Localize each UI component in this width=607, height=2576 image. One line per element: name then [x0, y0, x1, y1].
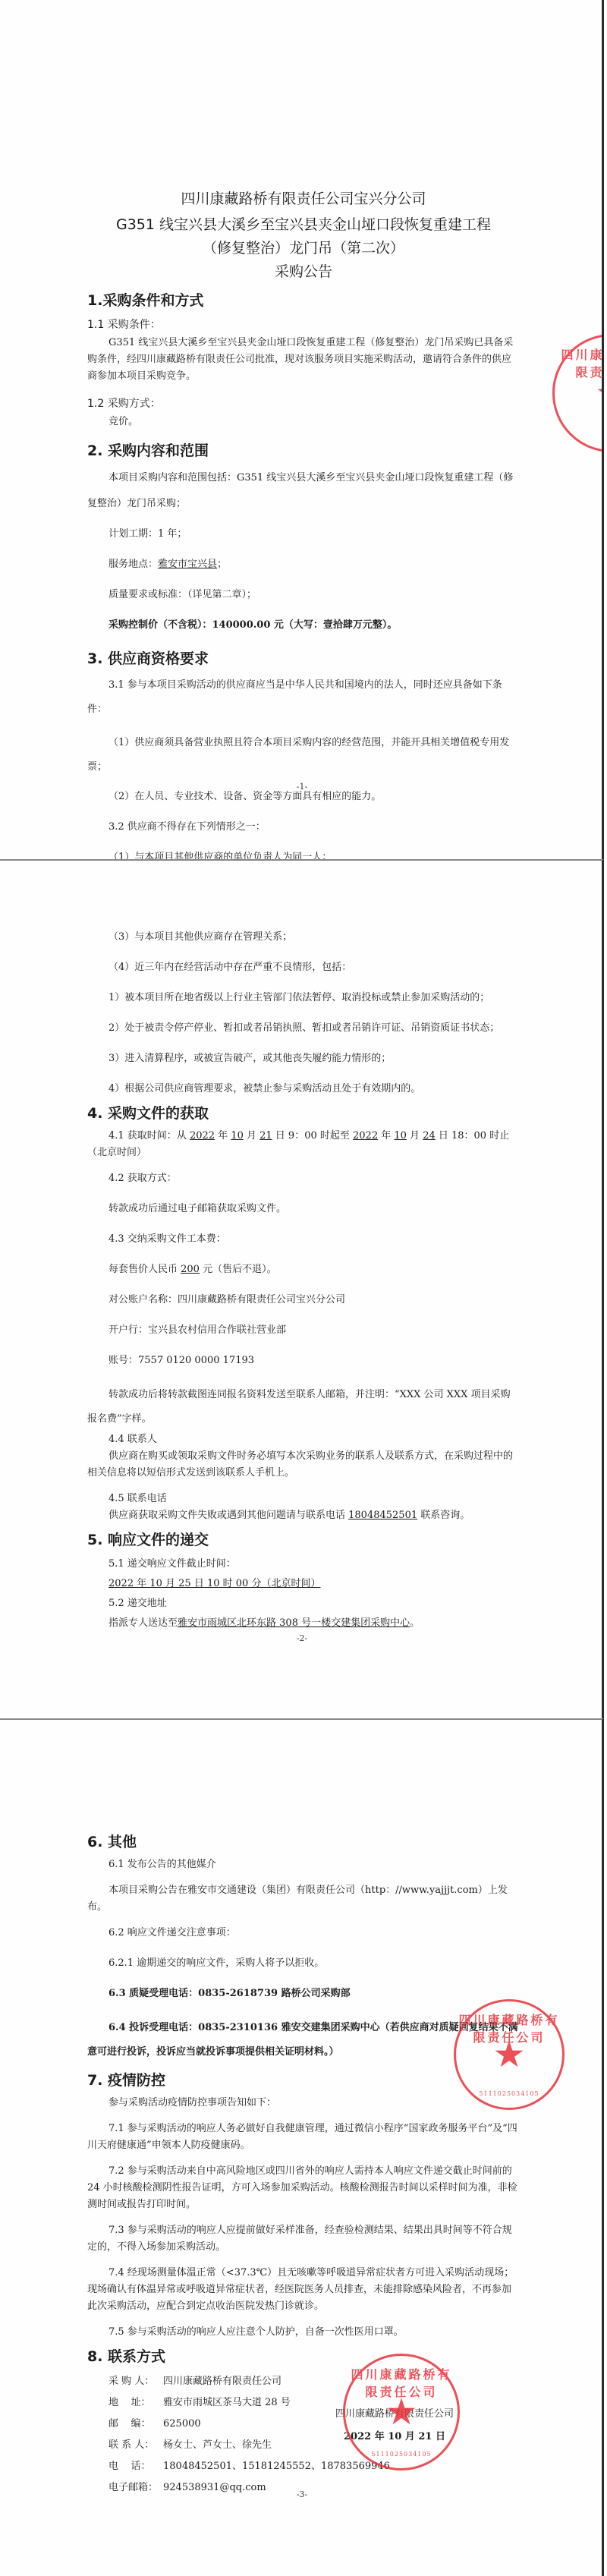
section-2-scope: 本项目采购内容和范围包括：G351 线宝兴县大溪乡至宝兴县夹金山垭口段恢复重建工…	[87, 465, 520, 517]
page-1-content: 四川康藏路桥有限责任公司宝兴分公司 G351 线宝兴县大溪乡至宝兴县夹金山垭口段…	[87, 186, 520, 859]
section-4-2-heading: 4.2 获取方式：	[87, 1170, 520, 1187]
seal-ring-text: 四川康藏路桥有限责任公司	[555, 345, 604, 380]
section-6-1-heading: 6.1 发布公告的其他媒介	[87, 1856, 520, 1873]
address-suffix: 。	[410, 1617, 420, 1629]
transfer-note: 转款成功后将转款截图连同报名资料发送至联系人邮箱，并注明：“XXX 公司 XXX…	[87, 1383, 520, 1431]
t41-e: 年	[378, 1130, 394, 1142]
section-2-quality: 质量要求或标准：（详见第二章）；	[87, 587, 520, 603]
end-year: 2022	[353, 1130, 378, 1142]
req-3-2-4: （4）近三年内在经营活动中存在严重不良情形，包括：	[87, 959, 520, 976]
contact-value: 四川康藏路桥有限责任公司	[163, 2371, 281, 2392]
section-6-2-1: 6.2.1 逾期递交的响应文件，采购人将予以拒收。	[87, 1955, 520, 1972]
req-3-2-3: （3）与本项目其他供应商存在管理关系；	[87, 929, 520, 946]
section-4-5-heading: 4.5 联系电话	[87, 1491, 520, 1507]
start-day: 21	[259, 1130, 272, 1142]
start-year: 2022	[190, 1130, 215, 1142]
section-5-1-heading: 5.1 递交响应文件截止时间：	[87, 1554, 520, 1574]
contact-phone: 18048452501	[348, 1510, 417, 1521]
contact-value: 625000	[163, 2414, 201, 2435]
account-number: 账号：7557 0120 0000 17193	[87, 1353, 520, 1369]
document-title: 四川康藏路桥有限责任公司宝兴分公司 G351 线宝兴县大溪乡至宝兴县夹金山垭口段…	[87, 186, 520, 285]
title-company: 四川康藏路桥有限责任公司宝兴分公司	[87, 186, 520, 212]
seal-star-icon: ★	[595, 375, 604, 411]
address-value: 雅安市雨城区北环东路 308 号一楼交建集团采购中心	[178, 1617, 410, 1629]
section-5-heading: 5. 响应文件的递交	[87, 1529, 520, 1551]
section-7-intro: 参与采购活动疫情防控事项告知如下：	[87, 2095, 520, 2112]
req-3-2-4-3: 3）进入清算程序，或被宣告破产，或其他丧失履约能力情形的；	[87, 1050, 520, 1067]
section-1-heading: 1.采购条件和方式	[87, 289, 520, 312]
contact-value: 杨女士、芦女士、徐先生	[163, 2435, 272, 2456]
page-number-1: -1-	[0, 782, 604, 792]
page-2-content: （3）与本项目其他供应商存在管理关系； （4）近三年内在经营活动中存在严重不良情…	[87, 929, 520, 1633]
bank-name: 开户行：宝兴县农村信用合作联社营业部	[87, 1322, 520, 1339]
contact-value: 雅安市雨城区茶马大道 28 号	[163, 2392, 291, 2414]
signature-block: 四川康藏路桥有限责任公司 2022 年 10 月 21 日	[319, 2403, 470, 2448]
section-6-heading: 6. 其他	[87, 1831, 520, 1853]
section-4-4-heading: 4.4 联系人	[87, 1431, 520, 1448]
contact-label: 地 址：	[109, 2392, 163, 2414]
contact-label: 邮 编：	[109, 2414, 163, 2435]
signature-date: 2022 年 10 月 21 日	[319, 2426, 470, 2448]
submission-deadline: 2022 年 10 月 25 日 10 时 00 分（北京时间）	[87, 1574, 520, 1594]
section-7-3: 7.3 参与采购活动的响应人应提前做好采样准备，经查验检测结果、结果出具时间等不…	[87, 2222, 520, 2256]
req-3-2-1: （1）与本项目其他供应商的单位负责人为同一人；	[87, 849, 520, 859]
section-4-heading: 4. 采购文件的获取	[87, 1102, 520, 1125]
section-6-3: 6.3 质疑受理电话：0835-2618739 路桥公司采购部	[87, 1986, 520, 2002]
req-3-2-4-1: 1）被本项目所在地省级以上行业主管部门依法暂停、取消投标或禁止参加采购活动的；	[87, 990, 520, 1006]
account-name: 对公账户名称：四川康藏路桥有限责任公司宝兴分公司	[87, 1292, 520, 1308]
section-2-period: 计划工期：1 年；	[87, 526, 520, 543]
section-6-4: 6.4 投诉受理电话：0835-2310136 雅安交建集团采购中心（若供应商对…	[87, 2016, 520, 2064]
section-8-heading: 8. 联系方式	[87, 2345, 520, 2368]
req-3-1-1: （1）供应商须具备营业执照且符合本项目采购内容的经营范围，并能开具相关增值税专用…	[87, 731, 520, 779]
address-prefix: 指派专人送达至	[109, 1617, 178, 1629]
title-project-line2: （修复整治）龙门吊（第二次）	[87, 238, 520, 259]
contact-value: 18048452501、15181245552、18783569946	[163, 2456, 390, 2477]
title-project-line1: G351 线宝兴县大溪乡至宝兴县夹金山垭口段恢复重建工程	[87, 212, 520, 238]
phone-suffix: 联系咨询。	[417, 1510, 470, 1521]
req-3-1: 3.1 参与本项目采购活动的供应商应当是中华人民共和国境内的法人，同时还应具备如…	[87, 673, 520, 722]
location-label: 服务地点：	[109, 559, 158, 570]
section-2-location: 服务地点：雅安市宝兴县；	[87, 556, 520, 573]
deadline-value: 2022 年 10 月 25 日 10 时 00 分（北京时间）	[109, 1578, 320, 1589]
section-2-heading: 2. 采购内容和范围	[87, 439, 520, 462]
t41-d: 日 9：00 时起至	[272, 1130, 353, 1142]
page-3-content: 6. 其他 6.1 发布公告的其他媒介 本项目采购公告在雅安市交通建设（集团）有…	[87, 1826, 520, 2499]
section-1-2-heading: 1.2 采购方式：	[87, 394, 520, 414]
contact-row-phone: 电 话：18048452501、15181245552、18783569946	[87, 2456, 520, 2477]
section-4-1-time: 4.1 获取时间：从 2022 年 10 月 21 日 9：00 时起至 202…	[87, 1128, 520, 1161]
section-7-heading: 7. 疫情防控	[87, 2069, 520, 2092]
section-1-1-text: G351 线宝兴县大溪乡至宝兴县夹金山垭口段恢复重建工程（修复整治）龙门吊采购已…	[87, 335, 520, 385]
end-day: 24	[423, 1130, 436, 1142]
section-4-5-text: 供应商获取采购文件失败或遇到其他问题请与联系电话 18048452501 联系咨…	[87, 1507, 520, 1524]
page-number-3: -3-	[0, 2489, 604, 2499]
title-doc-type: 采购公告	[87, 259, 520, 285]
section-1-2-text: 竞价。	[87, 414, 520, 430]
section-2-price: 采购控制价（不含税）：140000.00 元（大写：壹拾肆万元整）。	[87, 617, 520, 634]
t41-f: 月	[407, 1130, 423, 1142]
document-page-2: （3）与本项目其他供应商存在管理关系； （4）近三年内在经营活动中存在严重不良情…	[0, 859, 604, 1718]
req-3-2-4-2: 2）处于被责令停产停业、暂扣或者吊销执照、暂扣或者吊销许可证、吊销资质证书状态；	[87, 1020, 520, 1037]
submission-address: 指派专人送达至雅安市雨城区北环东路 308 号一楼交建集团采购中心。	[87, 1614, 520, 1633]
section-1-1-heading: 1.1 采购条件：	[87, 315, 520, 335]
end-month: 10	[394, 1130, 407, 1142]
contact-row-purchaser: 采 购 人：四川康藏路桥有限责任公司	[87, 2371, 520, 2392]
section-4-3-heading: 4.3 交纳采购文件工本费：	[87, 1231, 520, 1248]
section-4-2-text: 转款成功后通过电子邮箱获取采购文件。	[87, 1201, 520, 1217]
t41-c: 月	[244, 1130, 259, 1142]
section-6-2-heading: 6.2 响应文件递交注意事项：	[87, 1925, 520, 1941]
section-7-2: 7.2 参与采购活动来自中高风险地区或四川省外的响应人需持本人响应文件递交截止时…	[87, 2163, 520, 2213]
contact-label: 电 话：	[109, 2456, 163, 2477]
document-page-3: 6. 其他 6.1 发布公告的其他媒介 本项目采购公告在雅安市交通建设（集团）有…	[0, 1718, 604, 2576]
fee-amount: 200	[181, 1264, 200, 1275]
location-end: ；	[217, 559, 227, 570]
section-7-5: 7.5 参与采购活动的响应人应注意个人防护，自备一次性医用口罩。	[87, 2324, 520, 2341]
section-3-heading: 3. 供应商资格要求	[87, 647, 520, 670]
section-4-4-text: 供应商在购买或领取采购文件时务必填写本次采购业务的联系人及联系方式，在采购过程中…	[87, 1448, 520, 1482]
t41-a: 4.1 获取时间：从	[109, 1130, 190, 1142]
company-seal-stamp: 四川康藏路桥有限责任公司 ★	[552, 334, 604, 452]
section-4-3-fee: 每套售价人民币 200 元（售后不退）。	[87, 1261, 520, 1278]
signature-company: 四川康藏路桥有限责任公司	[319, 2403, 470, 2426]
page-number-2: -2-	[0, 1633, 604, 1643]
contact-label: 采 购 人：	[109, 2371, 163, 2392]
start-month: 10	[231, 1130, 244, 1142]
location-value: 雅安市宝兴县	[158, 559, 217, 570]
contact-label: 联 系 人：	[109, 2435, 163, 2456]
section-7-4: 7.4 经现场测量体温正常（<37.3℃）且无咳嗽等呼吸道异常症状者方可进入采购…	[87, 2265, 520, 2315]
fee-prefix: 每套售价人民币	[109, 1264, 181, 1275]
req-3-2-4-4: 4）根据公司供应商管理要求，被禁止参与采购活动且处于有效期内的。	[87, 1081, 520, 1097]
phone-prefix: 供应商获取采购文件失败或遇到其他问题请与联系电话	[109, 1510, 348, 1521]
req-3-2: 3.2 供应商不得存在下列情形之一：	[87, 819, 520, 836]
fee-suffix: 元（售后不退）。	[200, 1264, 277, 1275]
section-5-2-heading: 5.2 递交地址	[87, 1594, 520, 1614]
section-7-1: 7.1 参与采购活动的响应人务必做好自我健康管理，通过微信小程序“国家政务服务平…	[87, 2121, 520, 2154]
document-page-1: 四川康藏路桥有限责任公司宝兴分公司 G351 线宝兴县大溪乡至宝兴县夹金山垭口段…	[0, 0, 604, 859]
section-6-1-text: 本项目采购公告在雅安市交通建设（集团）有限责任公司（http：//www.yaj…	[87, 1882, 520, 1916]
t41-b: 年	[215, 1130, 231, 1142]
